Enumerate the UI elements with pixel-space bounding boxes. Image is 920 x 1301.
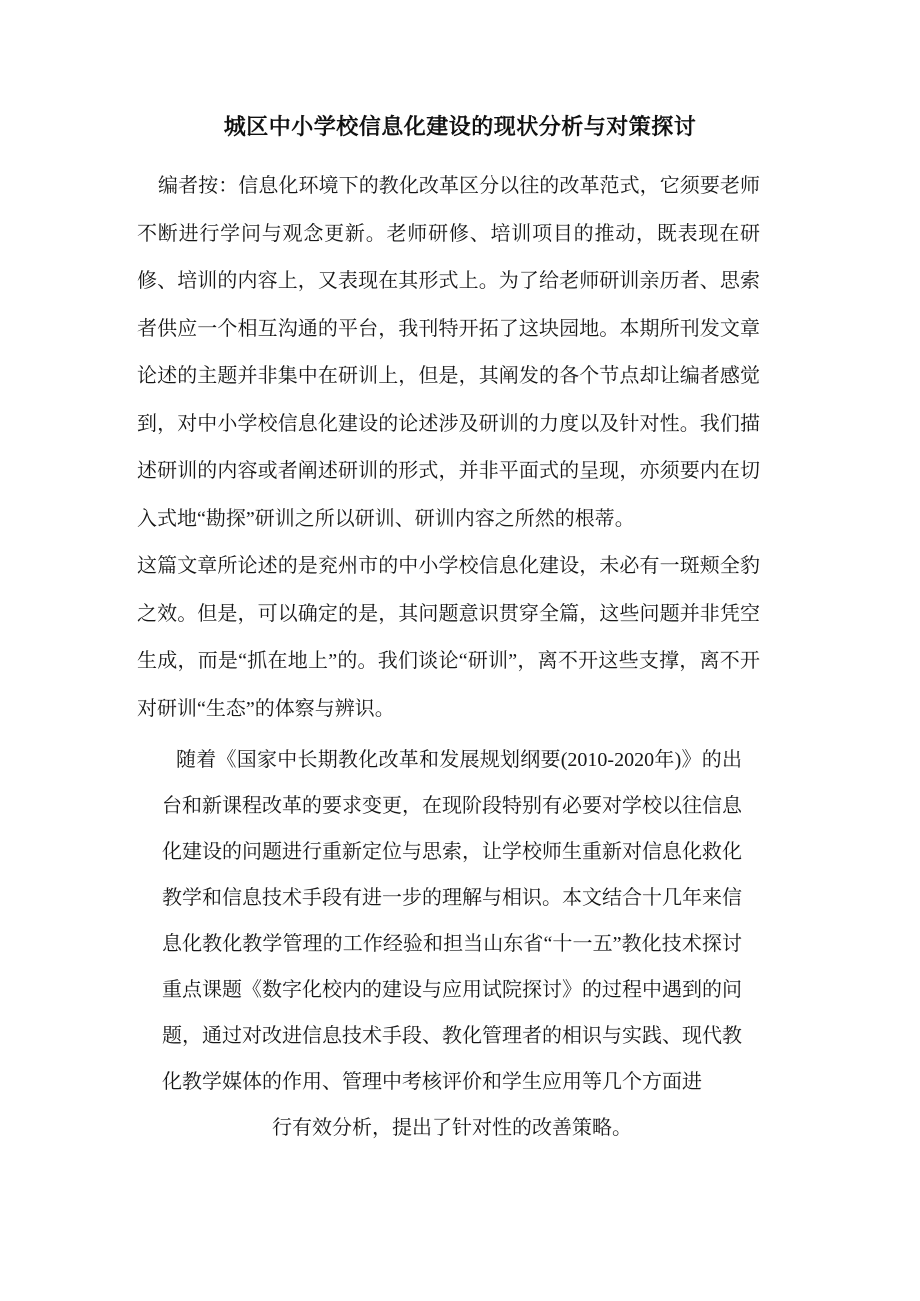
abstract-last-line: 行有效分析，提出了针对性的改善策略。 [162,1105,742,1151]
document-page: 城区中小学校信息化建设的现状分析与对策探讨 编者按：信息化环境下的教化改革区分以… [0,0,920,1301]
editor-note-paragraph: 编者按：信息化环境下的教化改革区分以往的改革范式，它须要老师不断进行学问与观念更… [137,163,760,543]
document-title: 城区中小学校信息化建设的现状分析与对策探讨 [0,0,920,142]
article-intro-paragraph: 这篇文章所论述的是兖州市的中小学校信息化建设，未必有一斑颊全豹之效。但是，可以确… [137,543,760,733]
abstract-paragraph: 随着《国家中长期教化改革和发展规划纲要(2010-2020年)》的出台和新课程改… [162,737,742,1105]
